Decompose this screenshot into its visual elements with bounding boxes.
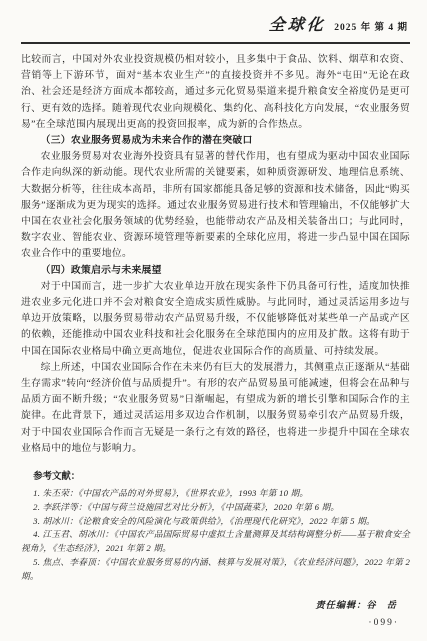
paragraph-continuation: 比较而言，中国对外农业投资规模仍相对较小，且多集中于食品、饮料、烟草和农资、营销… (21, 52, 410, 133)
section-4-paragraph-2: 综上所述，中国农业国际合作在未来仍有巨大的发展潜力，其侧重点正逐渐从“基础生存需… (21, 360, 410, 457)
reference-item-4: 4. 江玉君、胡冰川：《中国农产品国际贸易中虚拟土含量测算及其结构调整分析——基… (21, 528, 410, 556)
article-body: 比较而言，中国对外农业投资规模仍相对较小，且多集中于食品、饮料、烟草和农资、营销… (21, 52, 410, 457)
journal-title: 全球化 (268, 12, 327, 35)
section-3-paragraph: 农业服务贸易对农业海外投资具有显著的替代作用，也有望成为驱动中国农业国际合作走向… (21, 149, 410, 262)
page-number: ·099· (368, 618, 399, 628)
section-4-paragraph-1: 对于中国而言，进一步扩大农业单边开放在现实条件下仍具备可行性，适度加快推进农业多… (21, 279, 410, 360)
section-heading-4: （四）政策启示与未来展望 (21, 263, 410, 279)
journal-page: 全球化 2025 年 第 4 期 比较而言，中国对外农业投资规模仍相对较小，且多… (0, 0, 427, 641)
section-heading-3: （三）农业服务贸易成为未来合作的潜在突破口 (21, 133, 410, 149)
page-content: 全球化 2025 年 第 4 期 比较而言，中国对外农业投资规模仍相对较小，且多… (0, 0, 427, 611)
reference-item-1: 1. 朱丕荣：《中国农产品的对外贸易》，《世界农业》，1993 年第 10 期。 (21, 487, 410, 501)
issue-info: 2025 年 第 4 期 (334, 19, 408, 33)
responsible-editor: 责任编辑：谷 岳 (21, 597, 410, 611)
references-heading: 参考文献： (21, 470, 410, 485)
page-header: 全球化 2025 年 第 4 期 (21, 9, 410, 44)
reference-item-2: 2. 李跃洋等：《中国与荷兰设施园艺对比分析》，《中国蔬菜》，2020 年第 6… (21, 501, 410, 515)
reference-item-5: 5. 焦点、李春顶：《中国农业服务贸易的内涵、核算与发展对策》，《农业经济问题》… (21, 556, 410, 584)
reference-item-3: 3. 胡冰川：《论粮食安全的风险演化与政策供给》，《治理现代化研究》，2022 … (21, 515, 410, 529)
references-section: 参考文献： 1. 朱丕荣：《中国农产品的对外贸易》，《世界农业》，1993 年第… (21, 470, 410, 584)
